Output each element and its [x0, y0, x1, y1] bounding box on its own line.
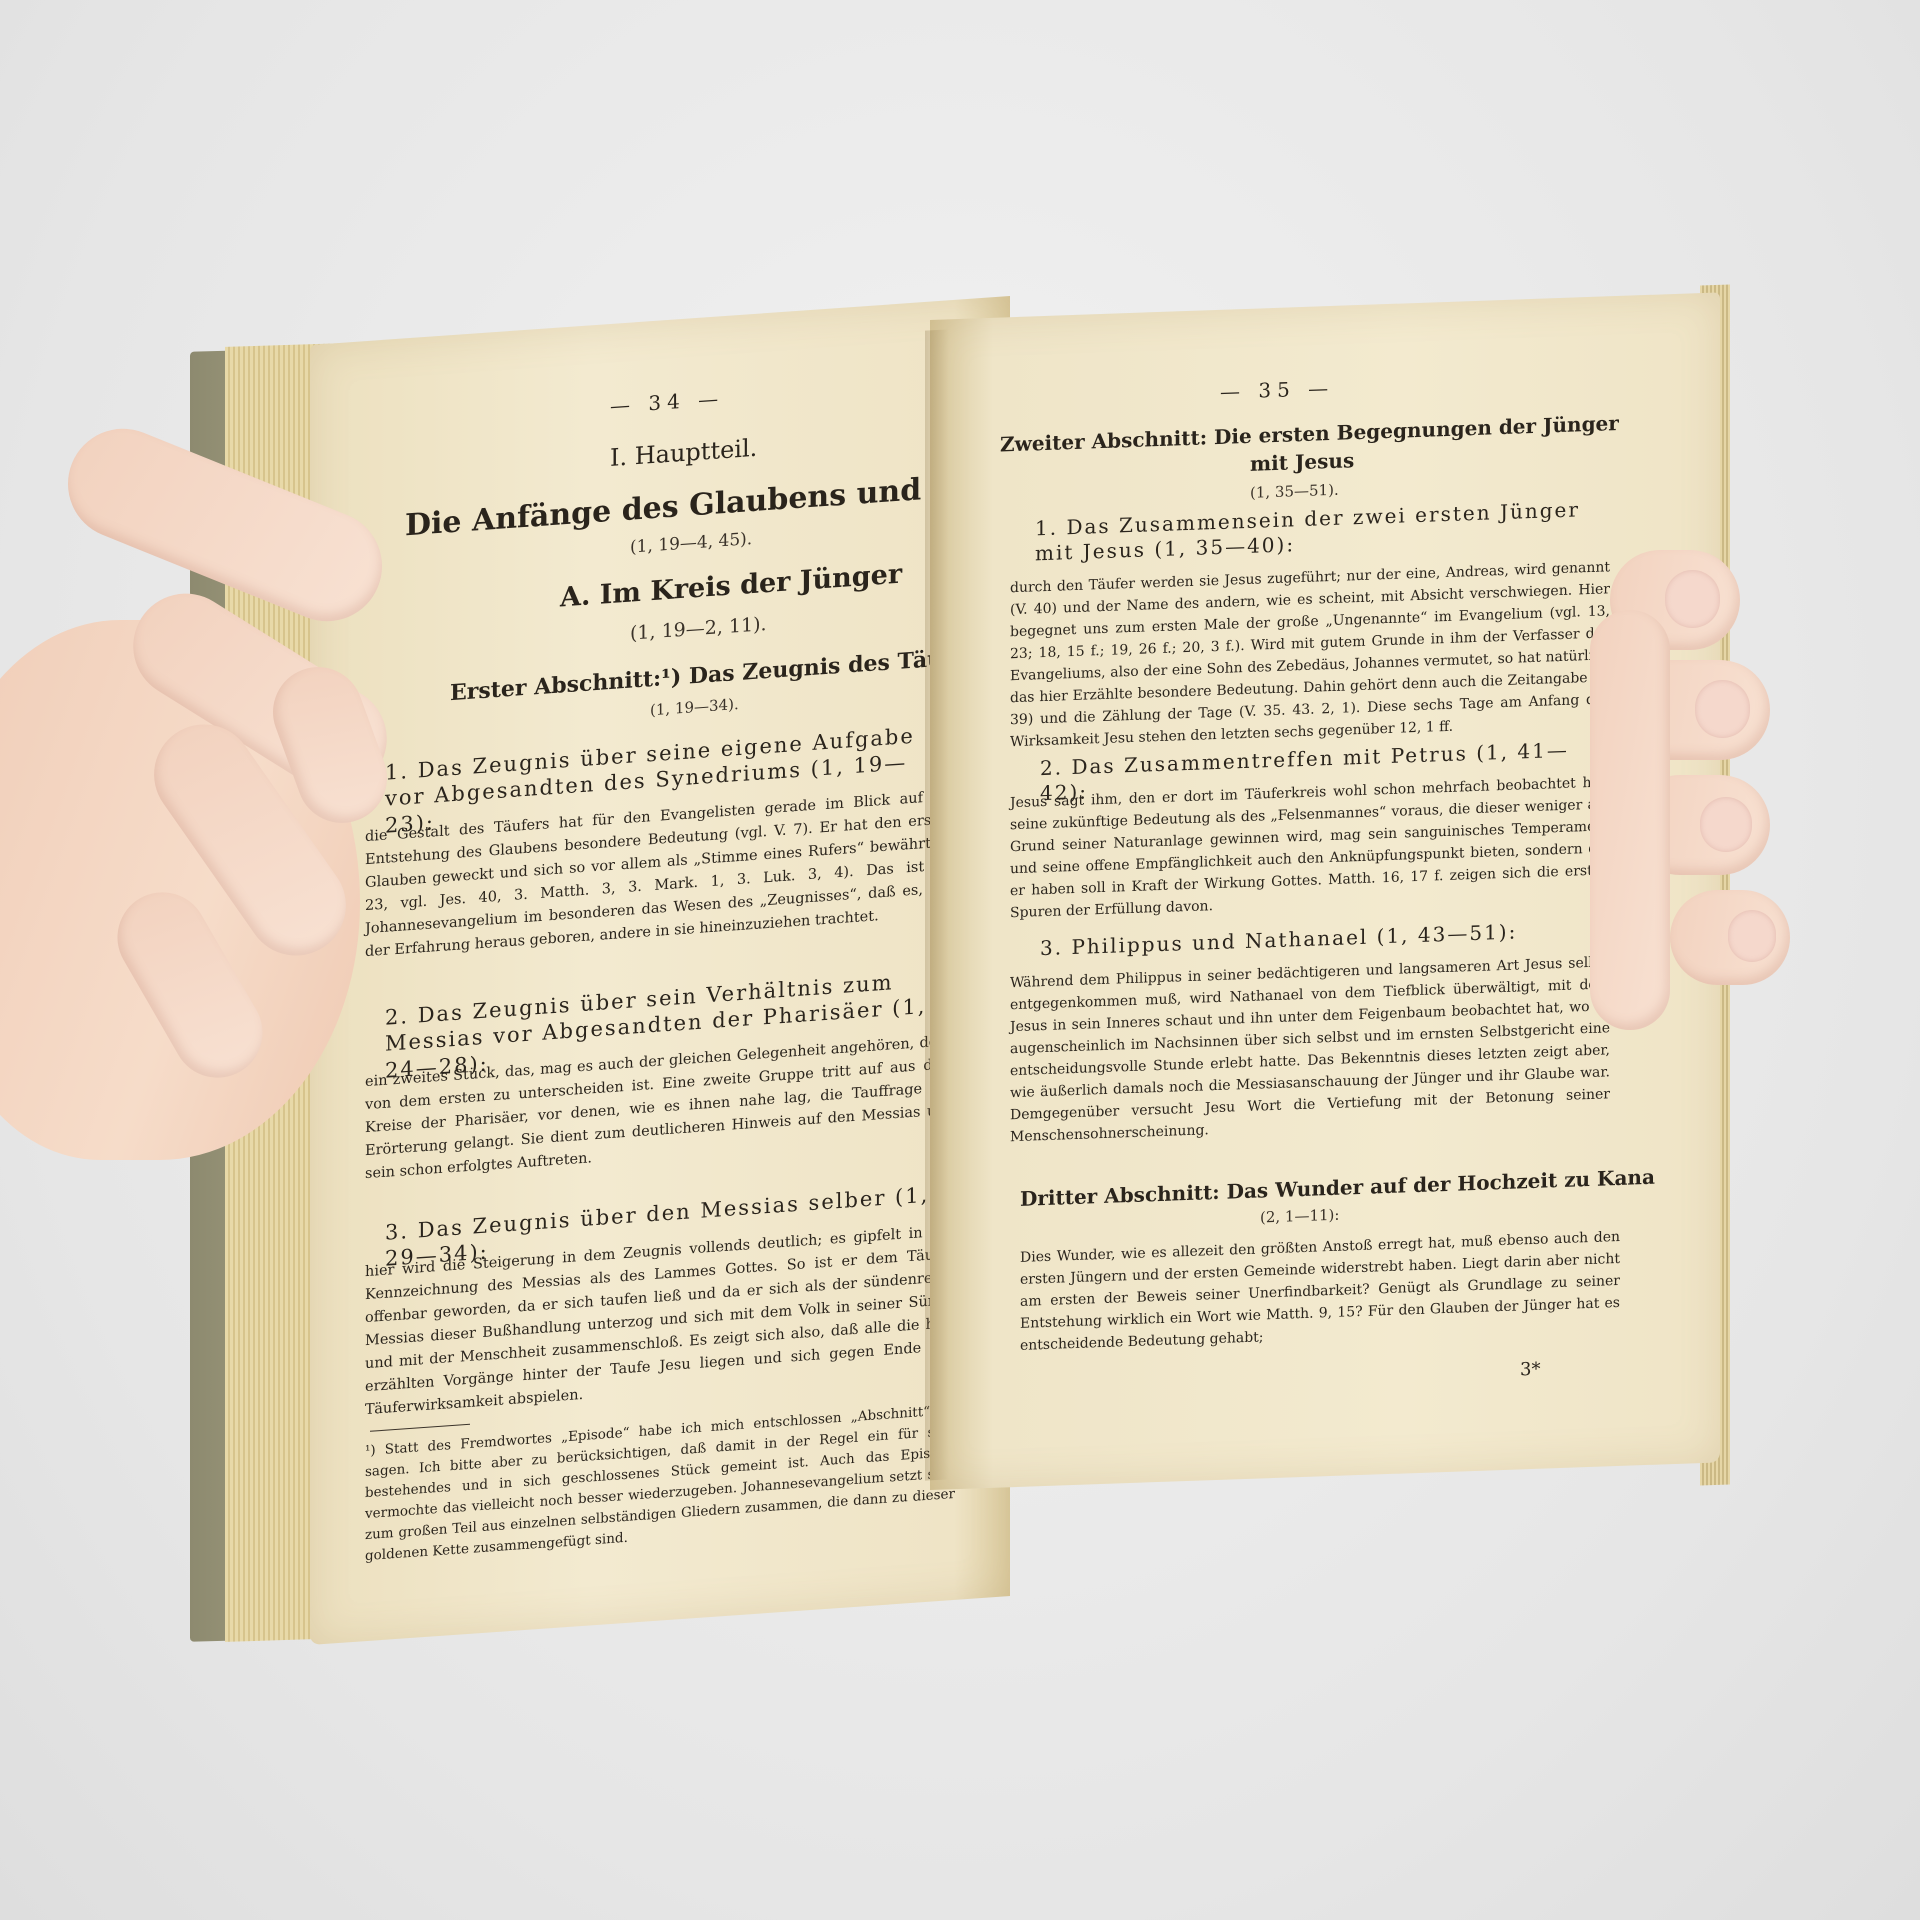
page-number-left: — 34 —: [610, 386, 724, 418]
chapter3-ref: (2, 1—11):: [1260, 1206, 1339, 1227]
main-title-ref: (1, 19—4, 45).: [630, 529, 752, 558]
chapter-ref-left: (1, 19—34).: [650, 695, 739, 719]
chapter3-body: Dies Wunder, wie es allezeit den größten…: [1020, 1226, 1620, 1357]
right-palm-edge: [1590, 610, 1670, 1030]
part-title: I. Hauptteil.: [610, 434, 757, 472]
footnote-rule: [370, 1424, 470, 1432]
page-number-right: — 35 —: [1220, 376, 1334, 404]
section-title: A. Im Kreis der Jünger: [560, 559, 902, 614]
chapter-ref-right: (1, 35—51).: [1250, 481, 1339, 502]
item-body-right-2: Jesus sagt ihm, den er dort im Täuferkre…: [1010, 771, 1610, 924]
signature-mark: 3*: [1520, 1359, 1540, 1381]
right-finger-4: [1670, 890, 1790, 985]
chapter-title-right-line2: mit Jesus: [1250, 448, 1354, 476]
item-body-right-3: Während dem Philippus in seiner bedächti…: [1010, 951, 1610, 1148]
right-hand: [1590, 550, 1920, 1070]
section-ref: (1, 19—2, 11).: [630, 613, 767, 645]
book-gutter: [925, 329, 949, 1480]
left-hand: [0, 470, 420, 1290]
chapter3-title: Dritter Abschnitt: Das Wunder auf der Ho…: [1020, 1165, 1655, 1211]
item-heading-right-1: 1. Das Zusammensein der zwei ersten Jüng…: [1035, 497, 1595, 567]
item-body-right-1: durch den Täufer werden sie Jesus zugefü…: [1010, 556, 1610, 753]
